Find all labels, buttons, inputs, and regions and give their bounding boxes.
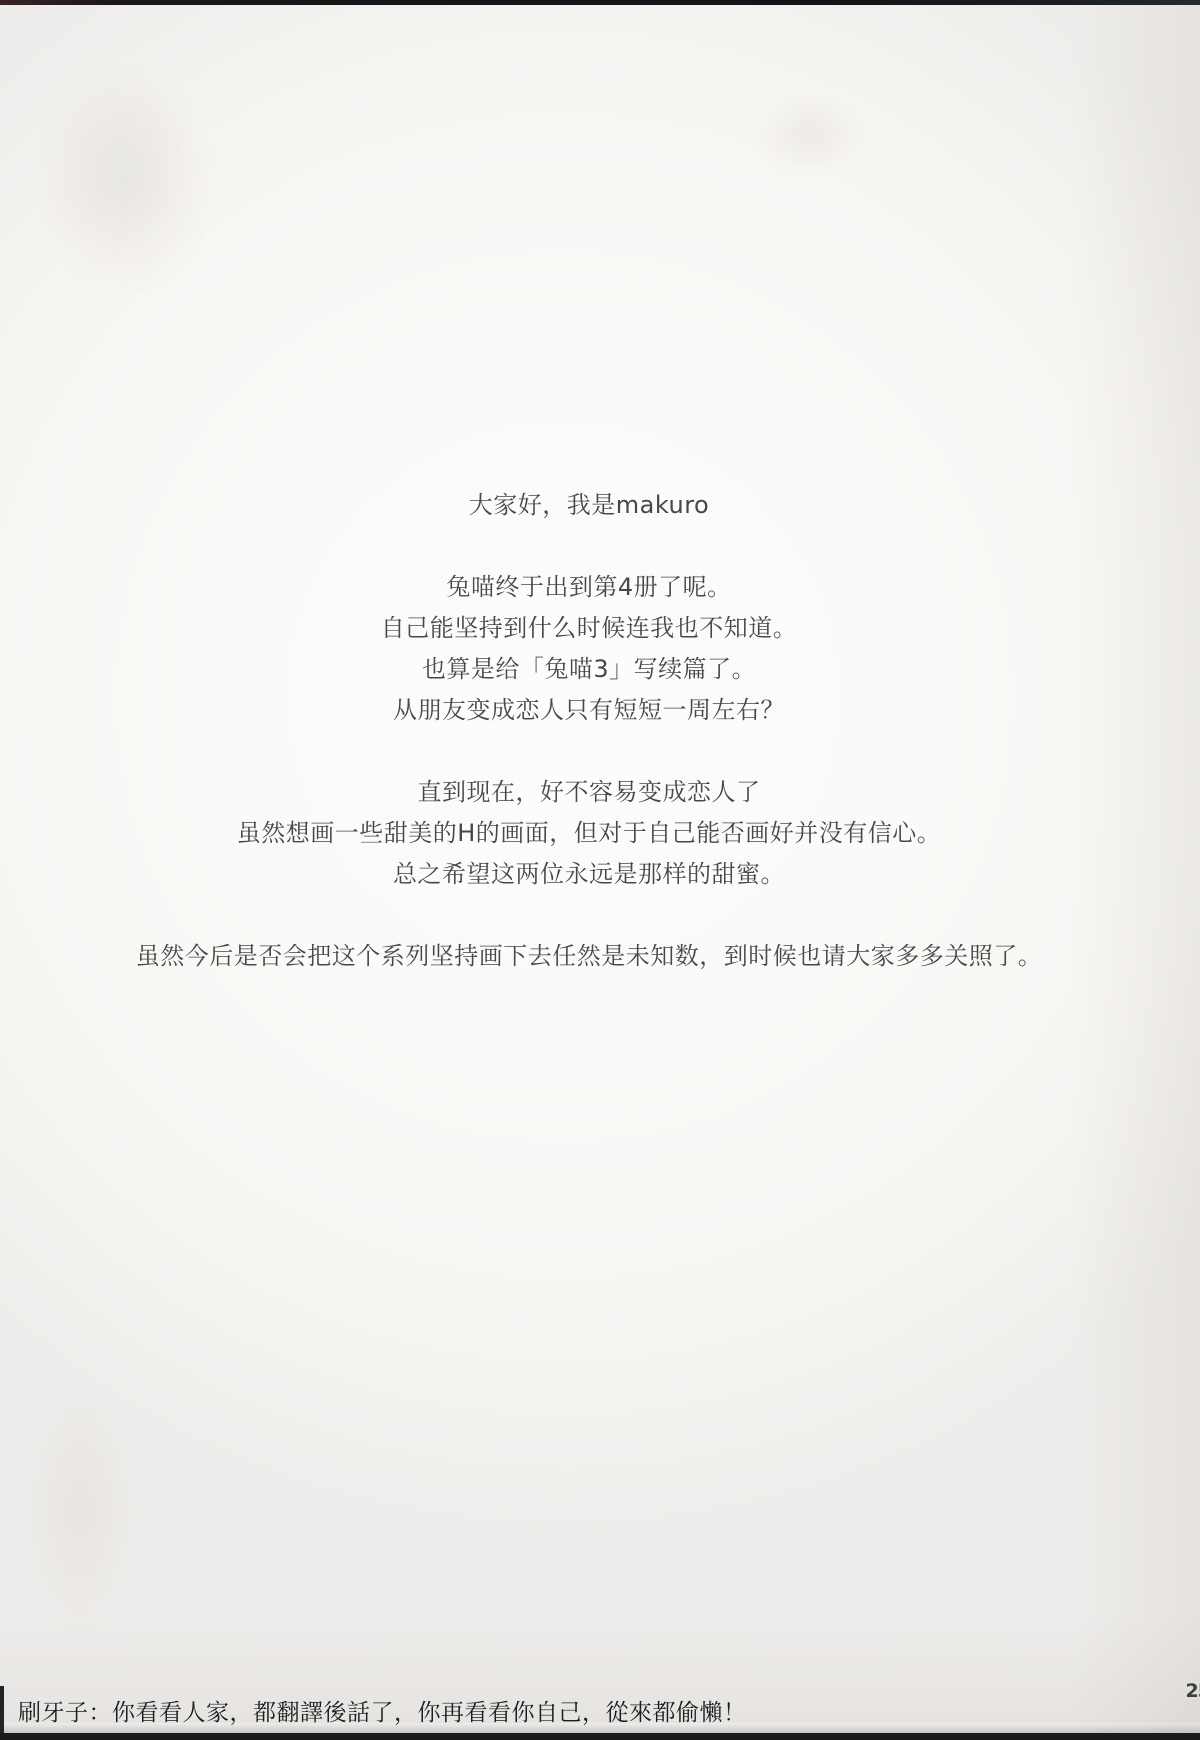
page-number-fragment: 25 bbox=[1186, 1680, 1200, 1702]
author-afterword-text: 大家好，我是makuro兔喵终于出到第4册了呢。 自己能坚持到什么时候连我也不知… bbox=[0, 485, 1178, 977]
author-paragraph: 直到现在，好不容易变成恋人了 虽然想画一些甜美的H的画面，但对于自己能否画好并没… bbox=[0, 772, 1178, 895]
author-paragraph: 虽然今后是否会把这个系列坚持画下去任然是未知数，到时候也请大家多多关照了。 bbox=[0, 936, 1178, 977]
scanned-afterword-page: 大家好，我是makuro兔喵终于出到第4册了呢。 自己能坚持到什么时候连我也不知… bbox=[0, 0, 1200, 1740]
scan-smudge bbox=[35, 65, 215, 295]
scan-smudge bbox=[755, 95, 865, 175]
scan-bottom-edge bbox=[0, 1733, 1200, 1740]
scan-smudge bbox=[20, 1380, 140, 1640]
scan-top-edge bbox=[0, 0, 1200, 5]
translator-note: 刷牙子：你看看人家，都翻譯後話了，你再看看你自己，從來都偷懶！ bbox=[18, 1699, 747, 1727]
scan-left-edge bbox=[0, 1686, 4, 1740]
author-paragraph: 兔喵终于出到第4册了呢。 自己能坚持到什么时候连我也不知道。 也算是给「兔喵3」… bbox=[0, 567, 1178, 731]
author-paragraph: 大家好，我是makuro bbox=[0, 485, 1178, 526]
